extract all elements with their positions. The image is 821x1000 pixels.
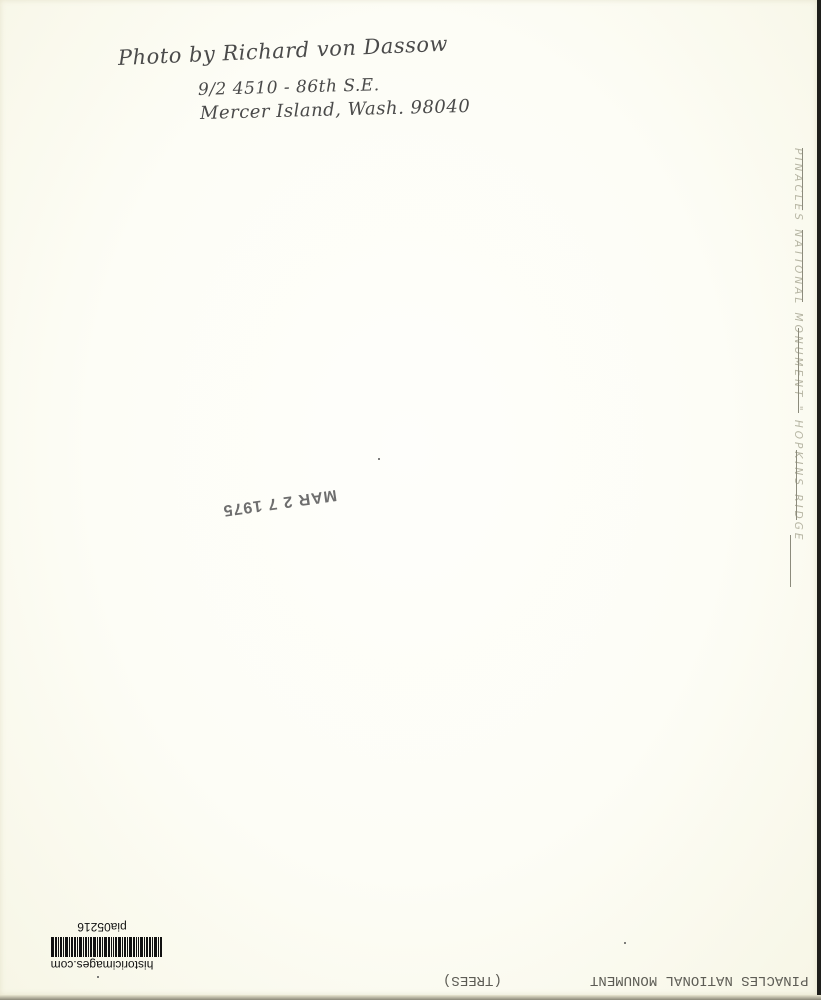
scan-edge-right bbox=[817, 0, 821, 1000]
archive-id-text: pia05216 bbox=[38, 920, 166, 934]
barcode-icon bbox=[42, 937, 162, 957]
speck bbox=[624, 942, 626, 944]
scan-edge-bottom bbox=[0, 995, 821, 1000]
pencil-underline bbox=[790, 535, 791, 587]
archive-label: historicimages.com pia05216 bbox=[38, 918, 166, 972]
archive-site-text: historicimages.com bbox=[38, 958, 166, 972]
handwritten-credit-line3: Mercer Island, Wash. 98040 bbox=[200, 96, 471, 124]
handwritten-credit-line1: Photo by Richard von Dassow bbox=[117, 32, 448, 70]
photo-back-paper: Photo by Richard von Dassow 9/2 4510 - 8… bbox=[0, 0, 818, 995]
date-stamp: MAR 2 7 1975 bbox=[221, 485, 338, 519]
handwritten-credit-line2: 9/2 4510 - 86th S.E. bbox=[198, 75, 380, 100]
speck bbox=[378, 458, 380, 460]
typed-caption-title: PINACLES NATIONAL MONUMENT bbox=[590, 972, 808, 988]
pencil-underline bbox=[802, 230, 803, 302]
pencil-underline bbox=[798, 328, 799, 413]
pencil-underline bbox=[796, 450, 797, 520]
speck bbox=[97, 976, 99, 978]
pencil-underline bbox=[802, 148, 803, 210]
typed-caption-tag: (TREES) bbox=[443, 972, 502, 988]
